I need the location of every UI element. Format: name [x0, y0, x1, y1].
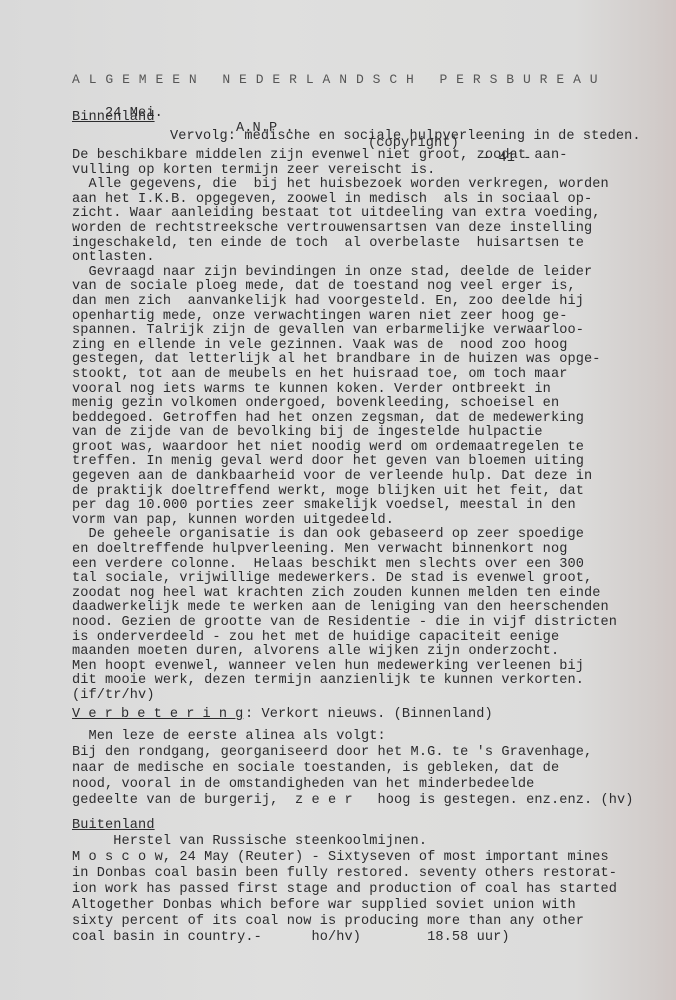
body-line: de praktijk doeltreffend werkt, moge bli… [72, 484, 584, 499]
body-line: en doeltreffende hulpverleening. Men ver… [72, 542, 567, 557]
body-line: daadwerkelijk mede te werken aan de leni… [72, 600, 609, 615]
body-line: van de zijde van de bevolking bij de ing… [72, 425, 543, 440]
body-line: Men hoopt evenwel, wanneer velen hun med… [72, 659, 584, 674]
body-line: Gevraagd naar zijn bevindingen in onze s… [72, 265, 592, 280]
body-line: gestegen, dat letterlijk al het brandbar… [72, 352, 600, 367]
body-line: gedeelte van de burgerij, z e e r hoog i… [72, 793, 634, 808]
body-line: per dag 10.000 porties zeer smakelijk vo… [72, 498, 576, 513]
section-buitenland: Buitenland [72, 818, 155, 833]
body-line: tal sociale, vrijwillige medewerkers. De… [72, 571, 592, 586]
body-line: groot was, waardoor het niet noodig werd… [72, 440, 584, 455]
section-verbetering: V e r b e t e r i n g [72, 707, 243, 722]
body-line: ion work has passed first stage and prod… [72, 882, 617, 897]
typewritten-page: A L G E M E E N N E D E R L A N D S C H … [0, 0, 676, 1000]
body-line: is onderverdeeld - zou het met de huidig… [72, 630, 559, 645]
body-line: M o s c o w, 24 May (Reuter) - Sixtyseve… [72, 850, 609, 865]
headline-buitenland: Herstel van Russische steenkoolmijnen. [72, 834, 427, 849]
body-line: openhartig mede, onze verwachtingen ware… [72, 309, 567, 324]
body-line: van de sociale ploeg mede, dat de toesta… [72, 279, 576, 294]
body-line: beddegoed. Getroffen had het onzen zegsm… [72, 411, 584, 426]
body-line: aan het I.K.B. opgegeven, zoowel in medi… [72, 192, 592, 207]
body-line: in Donbas coal basin been fully restored… [72, 866, 617, 881]
body-line: ontlasten. [72, 250, 155, 265]
body-line: menig gezin volkomen ondergoed, bovenkle… [72, 396, 559, 411]
body-line: Altogether Donbas which before war suppl… [72, 898, 576, 913]
body-line: dan men zich aanvankelijk had voorgestel… [72, 294, 584, 309]
body-line: vooral nog iets warms te kunnen koken. V… [72, 382, 551, 397]
body-line: vulling op korten termijn zeer vereischt… [72, 163, 435, 178]
agency-header: A L G E M E E N N E D E R L A N D S C H … [72, 72, 598, 87]
body-line: sixty percent of its coal now is produci… [72, 914, 584, 929]
body-line: maanden moeten duren, alvorens alle wijk… [72, 644, 559, 659]
headline-verbetering: : Verkort nieuws. (Binnenland) [245, 707, 493, 722]
body-line: nood. Gezien de grootte van de Residenti… [72, 615, 617, 630]
body-line: stookt, tot aan de meubels en het huisra… [72, 367, 567, 382]
body-line: zicht. Waar aanleiding bestaat tot uitde… [72, 206, 600, 221]
body-line: gegeven aan de dankbaarheid voor de verl… [72, 469, 592, 484]
signoff: (if/tr/hv) [72, 688, 155, 703]
body-line: De beschikbare middelen zijn evenwel nie… [72, 148, 567, 163]
section-binnenland: Binnenland [72, 110, 155, 125]
body-line: dit mooie werk, dezen termijn aanzienlij… [72, 673, 584, 688]
body-line: worden de rechtstreeksche vertrouwensart… [72, 221, 592, 236]
body-line: coal basin in country.- ho/hv) 18.58 uur… [72, 930, 510, 945]
body-line: een verdere colonne. Helaas beschikt men… [72, 557, 584, 572]
body-line: De geheele organisatie is dan ook gebase… [72, 527, 584, 542]
body-line: zoodat nog heel wat krachten zich zouden… [72, 586, 600, 601]
body-line: Bij den rondgang, georganiseerd door het… [72, 745, 592, 760]
body-line: ingeschakeld, ten einde de toch al overb… [72, 236, 584, 251]
body-line: zing en ellende in vele gezinnen. Vaak w… [72, 338, 567, 353]
body-line: treffen. In menig geval werd door het ge… [72, 454, 584, 469]
body-line: spannen. Talrijk zijn de gevallen van er… [72, 323, 584, 338]
body-line: Alle gegevens, die bij het huisbezoek wo… [72, 177, 609, 192]
body-line: vorm van pap, kunnen worden uitgedeeld. [72, 513, 394, 528]
body-line: naar de medische en sociale toestanden, … [72, 761, 559, 776]
body-line: Men leze de eerste alinea als volgt: [72, 729, 386, 744]
headline-binnenland: Vervolg: medische en sociale hulpverleen… [170, 129, 641, 144]
body-line: nood, vooral in de omstandigheden van he… [72, 777, 534, 792]
